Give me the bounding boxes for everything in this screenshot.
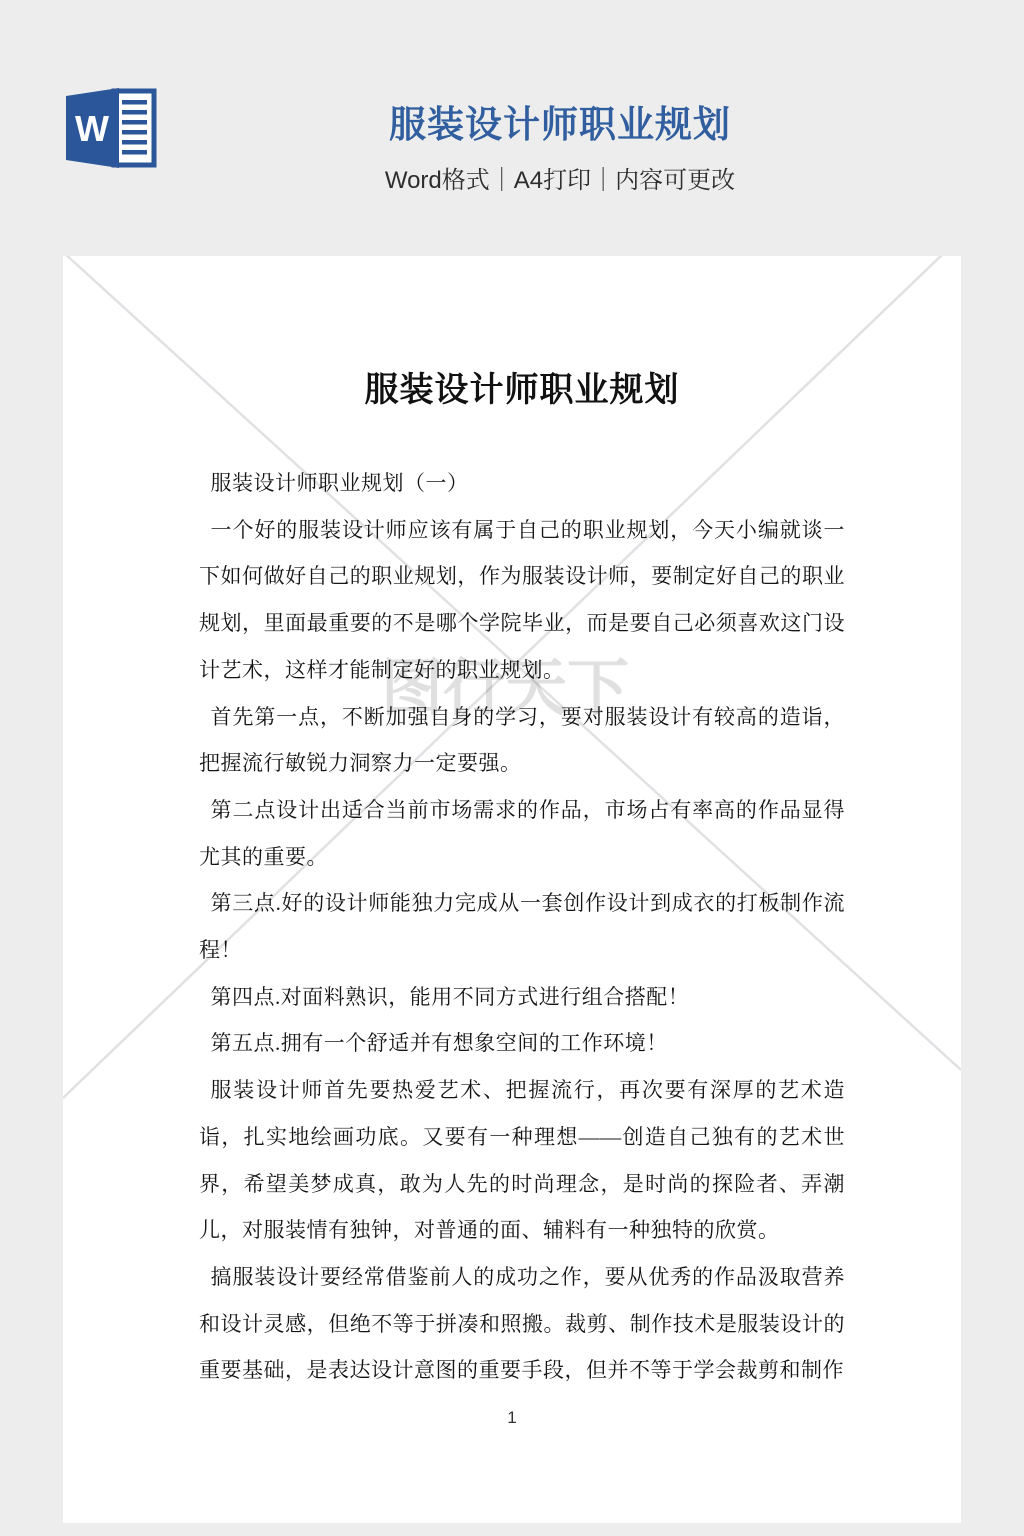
paragraph: 第五点.拥有一个舒适并有想象空间的工作环境！ xyxy=(199,1020,845,1067)
paragraph: 首先第一点，不断加强自身的学习，要对服装设计有较高的造诣，把握流行敏锐力洞察力一… xyxy=(199,694,845,787)
paragraph: 第四点.对面料熟识，能用不同方式进行组合搭配！ xyxy=(199,974,845,1021)
paragraph: 一个好的服装设计师应该有属于自己的职业规划，今天小编就谈一下如何做好自己的职业规… xyxy=(199,507,845,694)
document-page: 图行天下 服装设计师职业规划 服装设计师职业规划（一）一个好的服装设计师应该有属… xyxy=(63,256,961,1523)
paragraph: 服装设计师职业规划（一） xyxy=(199,460,845,507)
paragraph: 服装设计师首先要热爱艺术、把握流行，再次要有深厚的艺术造诣，扎实地绘画功底。又要… xyxy=(199,1067,845,1254)
paragraph: 搞服装设计要经常借鉴前人的成功之作，要从优秀的作品汲取营养和设计灵感，但绝不等于… xyxy=(199,1254,845,1394)
header-text: 服装设计师职业规划 Word格式｜A4打印｜内容可更改 xyxy=(0,0,1024,195)
doc-body: 服装设计师职业规划（一）一个好的服装设计师应该有属于自己的职业规划，今天小编就谈… xyxy=(199,460,845,1394)
doc-title: 服装设计师职业规划 xyxy=(199,256,845,411)
site-title: 服装设计师职业规划 xyxy=(96,94,1024,148)
paragraph: 第三点.好的设计师能独力完成从一套创作设计到成衣的打板制作流程！ xyxy=(199,880,845,973)
page-number: 1 xyxy=(63,1408,961,1428)
document-content: 服装设计师职业规划 服装设计师职业规划（一）一个好的服装设计师应该有属于自己的职… xyxy=(63,256,961,1394)
paragraph: 第二点设计出适合当前市场需求的作品，市场占有率高的作品显得尤其的重要。 xyxy=(199,787,845,880)
site-subtitle: Word格式｜A4打印｜内容可更改 xyxy=(96,160,1024,195)
site-header: W 服装设计师职业规划 Word格式｜A4打印｜内容可更改 xyxy=(0,0,1024,256)
